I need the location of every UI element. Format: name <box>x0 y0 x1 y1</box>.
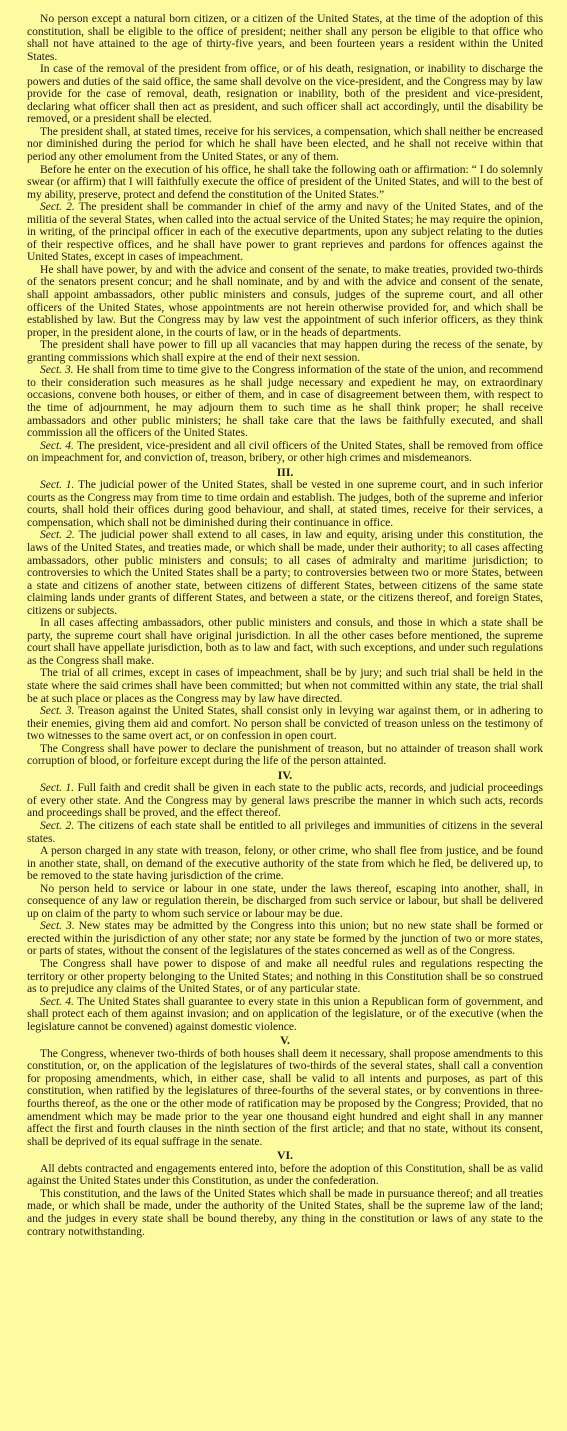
paragraph-text: Treason against the United States, shall… <box>27 704 543 742</box>
paragraph-art4-sect3-new-states: Sect. 3. New states may be admitted by t… <box>27 920 543 958</box>
paragraph-text: Full faith and credit shall be given in … <box>27 781 543 819</box>
paragraph-treaties-appointments: He shall have power, by and with the adv… <box>27 264 543 339</box>
paragraph-original-appellate: In all cases affecting ambassadors, othe… <box>27 617 543 667</box>
paragraph-art2-sect4-impeachment: Sect. 4. The president, vice-president a… <box>27 440 543 465</box>
paragraph-text: No person except a natural born citizen,… <box>27 12 543 63</box>
paragraph-recess-vacancies: The president shall have power to fill u… <box>27 339 543 364</box>
section-label: Sect. 2. <box>40 200 75 213</box>
paragraph-text: The president shall, at stated times, re… <box>27 125 543 163</box>
paragraph-amendments: The Congress, whenever two-thirds of bot… <box>27 1048 543 1148</box>
paragraph-extradition: A person charged in any state with treas… <box>27 845 543 883</box>
paragraph-art4-sect4-republican-form: Sect. 4. The United States shall guarant… <box>27 996 543 1034</box>
section-label: Sect. 3. <box>40 919 75 932</box>
paragraph-text: The president shall have power to fill u… <box>27 338 543 364</box>
paragraph-text: The United States shall guarantee to eve… <box>27 995 543 1033</box>
paragraph-art4-sect2-privileges: Sect. 2. The citizens of each state shal… <box>27 820 543 845</box>
paragraph-text: He shall have power, by and with the adv… <box>27 263 543 339</box>
article-heading-v: V. <box>27 1034 543 1047</box>
paragraph-art4-sect1-full-faith: Sect. 1. Full faith and credit shall be … <box>27 782 543 820</box>
paragraph-compensation: The president shall, at stated times, re… <box>27 126 543 164</box>
paragraph-text: The president shall be commander in chie… <box>27 200 543 263</box>
paragraph-art3-sect3-treason: Sect. 3. Treason against the United Stat… <box>27 705 543 743</box>
paragraph-art3-sect2-jurisdiction: Sect. 2. The judicial power shall extend… <box>27 529 543 617</box>
paragraph-text: He shall from time to time give to the C… <box>27 363 543 439</box>
paragraph-text: In case of the removal of the president … <box>27 62 543 125</box>
article-heading-iv: IV. <box>27 769 543 782</box>
paragraph-text: A person charged in any state with treas… <box>27 844 543 882</box>
section-label: Sect. 4. <box>40 439 74 452</box>
section-label: Sect. 4. <box>40 995 74 1008</box>
section-label: Sect. 3. <box>40 704 74 717</box>
paragraph-supremacy: This constitution, and the laws of the U… <box>27 1188 543 1238</box>
paragraph-text: The citizens of each state shall be enti… <box>27 819 543 845</box>
paragraph-trial-by-jury: The trial of all crimes, except in cases… <box>27 667 543 705</box>
paragraph-text: Before he enter on the execution of his … <box>27 163 543 201</box>
paragraph-text: The judicial power shall extend to all c… <box>27 528 543 616</box>
paragraph-text: No person held to service or labour in o… <box>27 882 543 920</box>
section-label: Sect. 1. <box>40 781 74 794</box>
paragraph-text: The judicial power of the United States,… <box>27 478 543 529</box>
section-label: Sect. 3. <box>40 363 73 376</box>
document-page: No person except a natural born citizen,… <box>0 0 567 1431</box>
paragraph-text: The Congress shall have power to dispose… <box>27 957 543 995</box>
paragraph-debts: All debts contracted and engagements ent… <box>27 1163 543 1188</box>
paragraph-art2-sect3-state-of-union: Sect. 3. He shall from time to time give… <box>27 364 543 439</box>
paragraph-text: In all cases affecting ambassadors, othe… <box>27 616 543 667</box>
paragraph-text: This constitution, and the laws of the U… <box>27 1187 543 1238</box>
section-label: Sect. 2. <box>40 819 74 832</box>
paragraph-text: New states may be admitted by the Congre… <box>27 919 543 957</box>
paragraph-text: The Congress, whenever two-thirds of bot… <box>27 1047 543 1148</box>
section-label: Sect. 2. <box>40 528 75 541</box>
paragraph-service-labour: No person held to service or labour in o… <box>27 883 543 921</box>
paragraph-removal-succession: In case of the removal of the president … <box>27 63 543 126</box>
paragraph-oath: Before he enter on the execution of his … <box>27 164 543 202</box>
paragraph-territory: The Congress shall have power to dispose… <box>27 958 543 996</box>
article-heading-iii: III. <box>27 466 543 479</box>
paragraph-art3-sect1-judicial-power: Sect. 1. The judicial power of the Unite… <box>27 479 543 529</box>
paragraph-text: The trial of all crimes, except in cases… <box>27 666 543 704</box>
paragraph-art2-sect2-commander: Sect. 2. The president shall be commande… <box>27 201 543 264</box>
paragraph-text: All debts contracted and engagements ent… <box>27 1162 543 1188</box>
paragraph-eligibility: No person except a natural born citizen,… <box>27 13 543 63</box>
paragraph-text: The Congress shall have power to declare… <box>27 742 543 768</box>
article-heading-vi: VI. <box>27 1149 543 1162</box>
paragraph-text: The president, vice-president and all ci… <box>27 439 543 465</box>
section-label: Sect. 1. <box>40 478 74 491</box>
paragraph-treason-punishment: The Congress shall have power to declare… <box>27 743 543 768</box>
